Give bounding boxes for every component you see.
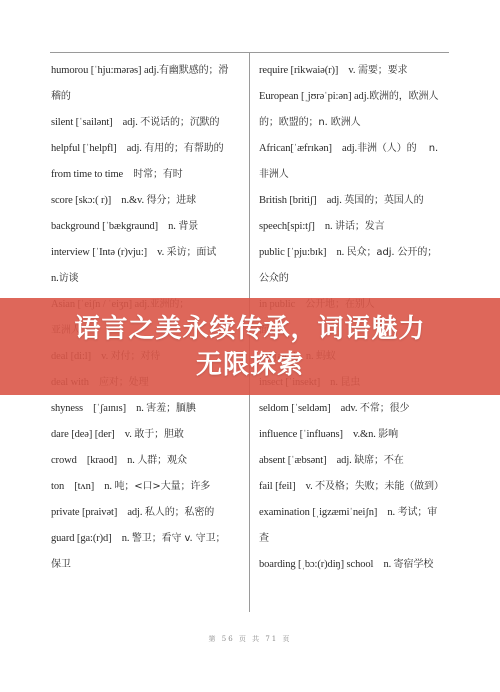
banner-title-line-2: 无限探索: [196, 347, 304, 383]
entry-definition: 考试；审: [398, 507, 438, 518]
vocab-entry-line: from time to time 时常；有时: [51, 162, 243, 188]
entry-definition: 公众的: [259, 273, 289, 284]
entry-definition: 影响: [378, 429, 398, 440]
entry-definition: 讲话；发言: [335, 221, 385, 232]
banner-title-line-1: 语言之美永续传承，词语魅力: [74, 311, 425, 347]
entry-word: n.: [51, 273, 59, 284]
vocab-entry-line: 保卫: [51, 552, 243, 578]
entry-word: public [ˈpju:bɪk] n.: [259, 247, 347, 258]
entry-definition: 欧洲的，欧洲人: [369, 91, 438, 102]
entry-definition: 查: [259, 533, 269, 544]
entry-word: crowd [kraod] n.: [51, 455, 137, 466]
entry-definition: 时常；有时: [133, 169, 183, 180]
vocab-entry-line: examination [ˌigzæmiˈneiʃn] n. 考试；审: [259, 500, 454, 526]
vocab-entry-line: boarding [ˌbɔ:(r)diŋ] school n. 寄宿学校: [259, 552, 454, 578]
vocab-entry-line: 非洲人: [259, 162, 454, 188]
entry-word: dare [deə] [der] v.: [51, 429, 134, 440]
entry-definition: 采访；面试: [167, 247, 217, 258]
entry-definition: 背景: [178, 221, 198, 232]
entry-definition: 非洲人: [259, 169, 289, 180]
vocab-entry-line: interview [ˈIntə (r)vju:] v. 采访；面试: [51, 240, 243, 266]
entry-definition: 有幽默感的；滑: [159, 65, 228, 76]
entry-definition: 访谈: [59, 273, 79, 284]
vocab-entry-line: British [britiʃ] adj. 英国的；英国人的: [259, 188, 454, 214]
vocab-entry-line: dare [deə] [der] v. 敢于；胆敢: [51, 422, 243, 448]
entry-word: seldom [ˈseldəm] adv.: [259, 403, 360, 414]
entry-word: require [rikwaiə(r)] v.: [259, 65, 358, 76]
entry-definition: 警卫；看守 v. 守卫；: [132, 533, 225, 544]
entry-word: British [britiʃ] adj.: [259, 195, 344, 206]
vocab-entry-line: humorou [ˈhju:mərəs] adj.有幽默感的；滑: [51, 58, 243, 84]
entry-definition: 需要；要求: [358, 65, 408, 76]
title-banner: 语言之美永续传承，词语魅力 无限探索: [0, 298, 500, 395]
entry-definition: 人群；观众: [137, 455, 187, 466]
vocab-entry-line: seldom [ˈseldəm] adv. 不常；很少: [259, 396, 454, 422]
entry-word: score [skɔ:( r)] n.&v.: [51, 195, 147, 206]
page-number: 第 56 页 共 71 页: [0, 634, 500, 644]
vocab-entry-line: require [rikwaiə(r)] v. 需要；要求: [259, 58, 454, 84]
entry-word: guard [ga:(r)d] n.: [51, 533, 132, 544]
vocab-entry-line: 的；欧盟的；n. 欧洲人: [259, 110, 454, 136]
vocab-entry-line: absent [ˈæbsənt] adj. 缺席；不在: [259, 448, 454, 474]
vocab-entry-line: speech[spi:tʃ] n. 讲话；发言: [259, 214, 454, 240]
entry-definition: 寄宿学校: [394, 559, 434, 570]
entry-definition: 稽的: [51, 91, 71, 102]
vocab-entry-line: European [ˌjʊrəˈpi:ən] adj.欧洲的，欧洲人: [259, 84, 454, 110]
entry-definition: 非洲（人）的 n.: [357, 143, 438, 154]
vocab-entry-line: helpful [ˈhelpfl] adj. 有用的；有帮助的: [51, 136, 243, 162]
vocab-entry-line: ton [tʌn] n. 吨；<口>大量；许多: [51, 474, 243, 500]
entry-word: helpful [ˈhelpfl] adj.: [51, 143, 144, 154]
entry-word: boarding [ˌbɔ:(r)diŋ] school n.: [259, 559, 394, 570]
entry-definition: 民众；adj. 公开的；: [347, 247, 437, 258]
vocab-entry-line: 稽的: [51, 84, 243, 110]
entry-definition: 不常；很少: [360, 403, 410, 414]
entry-definition: 害羞；腼腆: [146, 403, 196, 414]
vocab-entry-line: 公众的: [259, 266, 454, 292]
entry-word: ton [tʌn] n.: [51, 481, 114, 492]
entry-word: European [ˌjʊrəˈpi:ən] adj.: [259, 91, 369, 102]
vocab-entry-line: score [skɔ:( r)] n.&v. 得分；进球: [51, 188, 243, 214]
entry-definition: 英国的；英国人的: [344, 195, 423, 206]
vocab-entry-line: n.访谈: [51, 266, 243, 292]
entry-word: private [praivət] adj.: [51, 507, 145, 518]
entry-word: silent [ˈsailənt] adj.: [51, 117, 140, 128]
entry-definition: 敢于；胆敢: [134, 429, 184, 440]
entry-word: background [ˈbækgraund] n.: [51, 221, 178, 232]
vocab-entry-line: fail [feil] v. 不及格；失败；未能（做到）: [259, 474, 454, 500]
entry-definition: 私人的；私密的: [145, 507, 214, 518]
entry-word: from time to time: [51, 169, 133, 180]
entry-definition: 吨；<口>大量；许多: [114, 481, 210, 492]
entry-word: shyness [ˈʃaɪnɪs] n.: [51, 403, 146, 414]
entry-definition: 不及格；失败；未能（做到）: [315, 481, 444, 492]
entry-word: humorou [ˈhju:mərəs] adj.: [51, 65, 159, 76]
vocab-entry-line: crowd [kraod] n. 人群；观众: [51, 448, 243, 474]
entry-definition: 得分；进球: [147, 195, 197, 206]
vocab-entry-line: silent [ˈsailənt] adj. 不说话的；沉默的: [51, 110, 243, 136]
vocab-entry-line: influence [ˈinfluəns] v.&n. 影响: [259, 422, 454, 448]
entry-word: absent [ˈæbsənt] adj.: [259, 455, 354, 466]
vocab-entry-line: shyness [ˈʃaɪnɪs] n. 害羞；腼腆: [51, 396, 243, 422]
entry-word: speech[spi:tʃ] n.: [259, 221, 335, 232]
entry-word: influence [ˈinfluəns] v.&n.: [259, 429, 378, 440]
vocab-entry-line: public [ˈpju:bɪk] n. 民众；adj. 公开的；: [259, 240, 454, 266]
entry-definition: 不说话的；沉默的: [140, 117, 219, 128]
entry-word: fail [feil] v.: [259, 481, 315, 492]
entry-definition: 的；欧盟的；n. 欧洲人: [259, 117, 361, 128]
vocab-entry-line: private [praivət] adj. 私人的；私密的: [51, 500, 243, 526]
entry-definition: 有用的；有帮助的: [144, 143, 223, 154]
vocab-entry-line: 查: [259, 526, 454, 552]
vocab-entry-line: guard [ga:(r)d] n. 警卫；看守 v. 守卫；: [51, 526, 243, 552]
entry-definition: 保卫: [51, 559, 71, 570]
entry-word: interview [ˈIntə (r)vju:] v.: [51, 247, 167, 258]
vocab-entry-line: African[ˈæfrɪkən] adj.非洲（人）的 n.: [259, 136, 454, 162]
entry-word: African[ˈæfrɪkən] adj.: [259, 143, 357, 154]
entry-word: examination [ˌigzæmiˈneiʃn] n.: [259, 507, 398, 518]
vocab-entry-line: background [ˈbækgraund] n. 背景: [51, 214, 243, 240]
entry-definition: 缺席；不在: [354, 455, 404, 466]
